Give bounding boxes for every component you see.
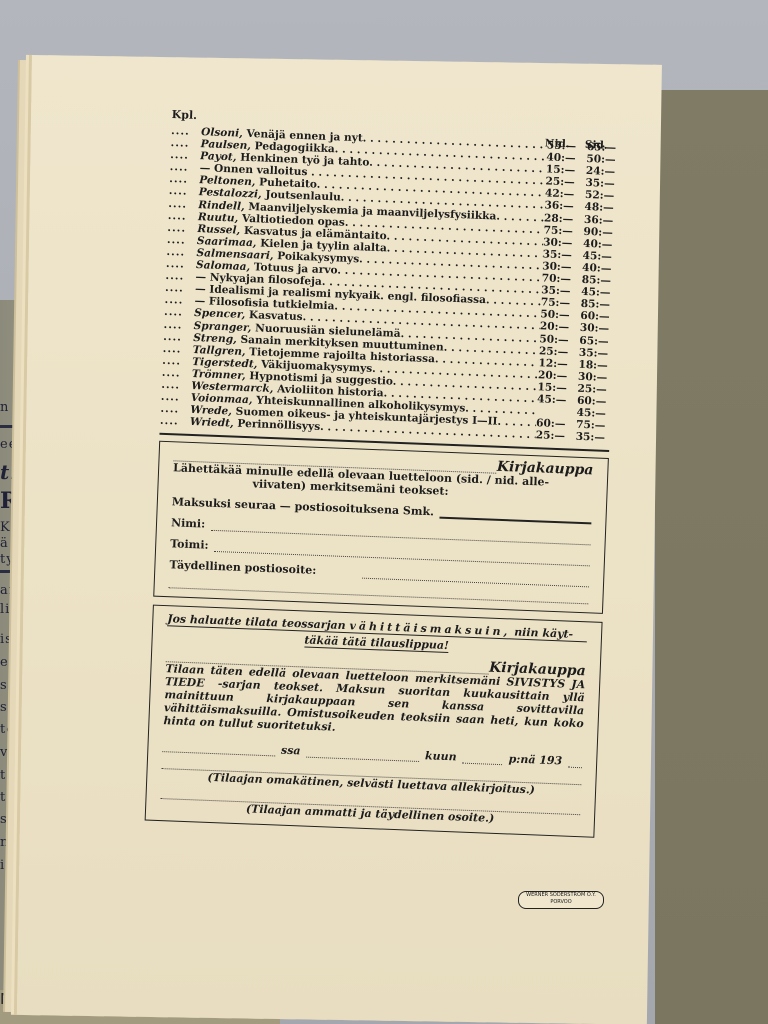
quantity-blank[interactable]: .... [160,415,190,428]
quantity-blank[interactable]: .... [160,403,190,416]
place-field[interactable] [162,741,275,756]
quantity-blank[interactable]: .... [169,185,199,198]
quantity-blank[interactable]: .... [168,210,198,223]
quantity-blank[interactable]: .... [163,343,193,356]
quantity-blank[interactable]: .... [170,137,200,150]
quantity-blank[interactable]: .... [170,149,200,162]
price-nid: 25:— [535,429,575,443]
quantity-blank[interactable]: .... [165,270,195,283]
amount-field[interactable] [440,507,592,525]
quantity-blank[interactable]: .... [167,222,197,235]
month-suffix: kuun [425,750,457,764]
quantity-blank[interactable]: .... [167,234,197,247]
quantity-blank[interactable]: .... [164,294,194,307]
quantity-blank[interactable]: .... [169,161,199,174]
book-list: ....Olsoni, Venäjä ennen ja nyt.55:—65:—… [160,125,621,444]
quantity-blank[interactable]: .... [164,306,194,319]
day-field[interactable] [462,753,502,766]
price-sid: 35:— [575,431,609,444]
order-form-installments: Jos haluatte tilata teossarjan vähittäis… [145,605,603,838]
place-suffix: ssa [281,744,301,758]
quantity-blank[interactable]: .... [169,173,199,186]
job-label: Toimi: [170,538,209,552]
year-field[interactable] [568,757,582,769]
payment-label: Maksuksi seuraa — postiosoituksena Smk. [172,496,435,519]
quantity-blank[interactable]: .... [171,125,201,138]
quantity-blank[interactable]: .... [165,282,195,295]
right-book-cover [655,90,768,1024]
col-header-nid: Nid. [545,137,570,150]
address-label: Täydellinen postiosoite: [169,559,316,578]
day-label: p:nä 193 [508,753,562,768]
installment-intro-cont: täkää tätä tilauslippua! [304,634,449,654]
quantity-blank[interactable]: .... [166,246,196,259]
quantity-blank[interactable]: .... [168,197,198,210]
printer-logo: WERNER SÖDERSTRÖM O.Y. PORVOO [518,891,604,909]
quantity-blank[interactable]: .... [162,367,192,380]
quantity-blank[interactable]: .... [161,391,191,404]
month-field[interactable] [306,747,419,762]
order-form-cash: Kirjakauppa Lähettäkää minulle edellä ol… [153,441,609,614]
quantity-blank[interactable]: .... [163,330,193,343]
address-field[interactable] [362,568,589,588]
catalog-content: Kpl. Nid. Sid. ....Olsoni, Venäjä ennen … [145,108,622,838]
col-header-sid: Sid. [585,139,608,152]
bg-text-fragment: i [0,858,5,873]
quantity-blank[interactable]: .... [161,379,191,392]
quantity-blank[interactable]: .... [162,355,192,368]
name-label: Nimi: [171,517,206,531]
quantity-blank[interactable]: .... [166,258,196,271]
quantity-blank[interactable]: .... [163,318,193,331]
